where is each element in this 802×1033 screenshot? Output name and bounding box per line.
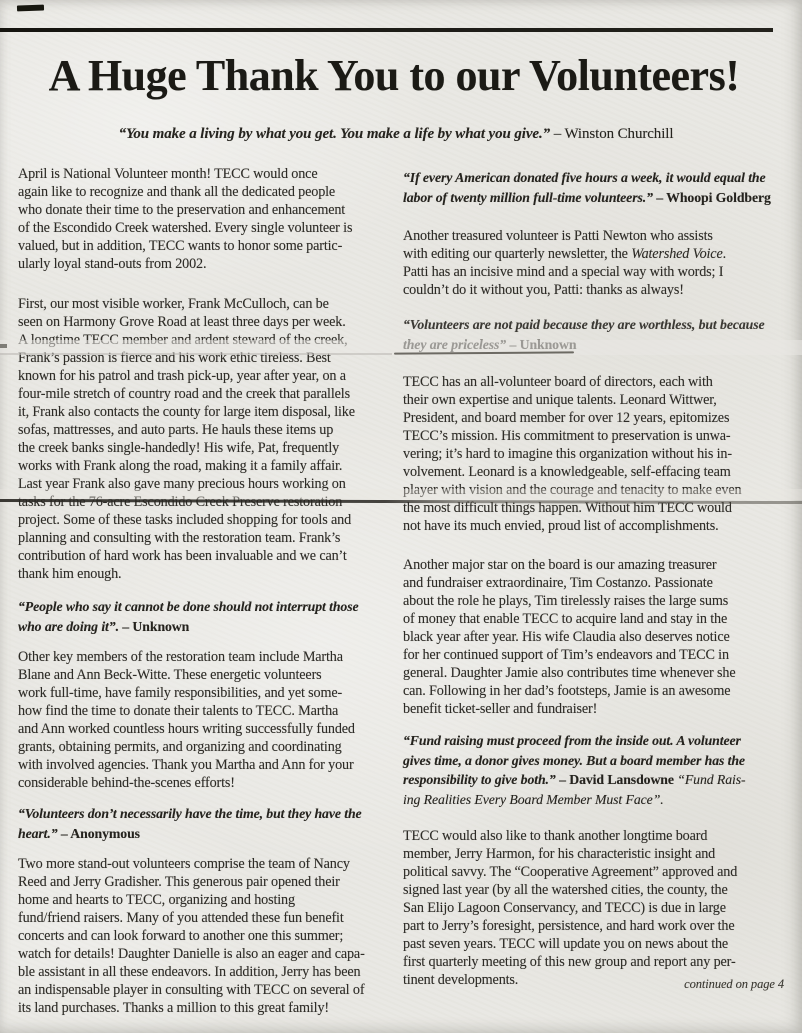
text-segment: – Whoopi Goldberg [656,190,771,205]
pull-quote: “Volunteers don’t necessarily have the t… [18,804,390,843]
text-segment: TECC has an all-volunteer board of direc… [403,374,741,534]
scan-fold-line-top-left [0,353,392,355]
text-segment: April is National Volunteer month! TECC … [18,166,352,272]
body-paragraph: Two more stand-out volunteers comprise t… [18,855,390,1017]
body-paragraph: Another treasured volunteer is Patti New… [403,227,787,299]
text-segment: Another major star on the board is our a… [403,557,735,717]
header-rule [0,28,773,32]
continued-note: continued on page 4 [684,977,784,992]
text-segment: – Winston Churchill [554,126,674,142]
text-segment: “You make a living by what you get. You … [119,126,554,142]
right-column: “If every American donated five hours a … [403,168,787,989]
scan-edge-speck [0,344,7,348]
body-paragraph: First, our most visible worker, Frank Mc… [18,295,390,583]
body-paragraph: TECC would also like to thank another lo… [403,827,787,989]
body-paragraph: April is National Volunteer month! TECC … [18,165,390,273]
text-segment: Other key members of the restoration tea… [18,649,355,791]
text-segment: – David Lansdowne [559,772,677,787]
newsletter-page: A Huge Thank You to our Volunteers! “You… [0,0,802,1033]
body-paragraph: Other key members of the restoration tea… [18,648,390,792]
body-paragraph: Another major star on the board is our a… [403,556,787,718]
text-segment: – Unknown [122,619,189,634]
text-segment: Watershed Voice [631,246,722,262]
pull-quote: “Fund raising must proceed from the insi… [403,731,787,809]
pull-quote: “If every American donated five hours a … [403,168,787,207]
header-quote: “You make a living by what you get. You … [0,126,792,143]
text-segment: Two more stand-out volunteers comprise t… [18,856,365,1016]
page-title: A Huge Thank You to our Volunteers! [0,50,788,101]
left-column: April is National Volunteer month! TECC … [18,165,390,1017]
scan-corner-mark [17,5,44,12]
text-segment: First, our most visible worker, Frank Mc… [18,296,355,582]
body-paragraph: TECC has an all-volunteer board of direc… [403,373,787,535]
text-segment: – Anonymous [61,826,140,841]
text-segment: TECC would also like to thank another lo… [403,828,737,988]
pull-quote: “People who say it cannot be done should… [18,597,390,636]
